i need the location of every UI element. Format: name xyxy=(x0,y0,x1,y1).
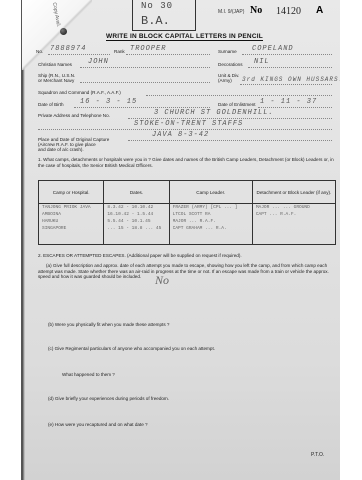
address-line-1: 3 CHURCH ST GOLDENHILL. xyxy=(154,109,274,117)
form-reference: M.I. 9/(JAP) xyxy=(218,9,244,15)
address-label: Private Address and Telephone No. xyxy=(38,113,110,118)
dates-cell: 8.3.42 - 10.10.42 16.10.42 - 1.5.44 5.5.… xyxy=(104,204,169,245)
col-dates: Dates. xyxy=(104,181,169,204)
unit-line xyxy=(240,84,332,85)
camps-table: Camp or Hospital. Dates. Camp Leader. De… xyxy=(38,180,336,245)
question-2c: (c) Give Regimental particulars of anyon… xyxy=(48,346,215,352)
question-2c-followup: What happened to them ? xyxy=(62,372,115,378)
address-line-2: STOKE-ON-TRENT STAFFS xyxy=(134,120,243,128)
capture-label-3: and date of a/c crash). xyxy=(38,147,84,152)
surname-label: Surname xyxy=(218,49,237,54)
dob-value: 16 - 3 - 15 xyxy=(80,98,137,106)
section1-question: 1. What camps, detachments or hospitals … xyxy=(38,157,334,168)
question-2e: (e) How were you recaptured and on what … xyxy=(48,422,148,428)
question-2d: (d) Give briefly your experiences during… xyxy=(48,396,169,402)
squadron-line xyxy=(146,95,332,96)
form-number: 14120 xyxy=(276,6,301,17)
enlistment-label: Date of Enlistment xyxy=(218,102,256,107)
surname-line xyxy=(242,54,332,55)
dob-label: Date of Birth xyxy=(38,102,64,107)
block-leader-cell: MAJOR ... ... GROUND CAPT ... R.A.F. xyxy=(252,204,335,245)
form-letter: A xyxy=(316,5,323,16)
christian-names-line xyxy=(80,67,210,68)
stamp-initials: B.A. xyxy=(141,14,170,28)
address-line-1-rule xyxy=(128,118,332,119)
question-2a: (a) Give full description and approx. da… xyxy=(38,263,332,280)
question-2b: (b) Were you physically fit when you mad… xyxy=(48,322,169,328)
answer-2a: No xyxy=(155,273,169,288)
camp-leader-cell: FRAZER (ARMY) [CPL ... ] LTCOL SCOTT RA … xyxy=(169,204,252,245)
surname-value: COPELAND xyxy=(252,45,294,53)
unit-value: 3rd KINGS OWN HUSSARS. xyxy=(242,76,340,83)
rank-label: Rank xyxy=(114,49,125,54)
form-page: Copy Avail. No 30 B.A. M.I. 9/(JAP) No 1… xyxy=(22,0,340,480)
enlistment-line xyxy=(258,107,332,108)
page-edge-shadow xyxy=(22,0,25,480)
ship-line xyxy=(80,82,210,83)
decorations-label: Decorations xyxy=(218,62,243,67)
unit-label-2: (Army) xyxy=(218,78,232,83)
army-no-line xyxy=(48,54,110,55)
col-camp: Camp or Hospital. xyxy=(39,181,104,204)
dob-line xyxy=(74,107,210,108)
table-row: TANJONG PRIOK JAVA AMBOINA HARUKU SINGAP… xyxy=(39,204,336,245)
squadron-label: Squadron and Command (R.A.F., A.A.F.) xyxy=(38,90,121,95)
address-line-2-rule xyxy=(38,129,332,130)
pto-label: P.T.O. xyxy=(311,452,324,458)
rank-line xyxy=(126,54,210,55)
section2-heading: 2. ESCAPES OR ATTEMPTED ESCAPES. (Additi… xyxy=(38,253,334,259)
christian-names-value: JOHN xyxy=(88,58,109,66)
enlistment-value: 1 - 11 - 37 xyxy=(260,98,317,106)
decorations-line xyxy=(248,67,332,68)
camp-cell: TANJONG PRIOK JAVA AMBOINA HARUKU SINGAP… xyxy=(39,204,104,245)
form-number-label: No xyxy=(250,5,262,16)
col-camp-leader: Camp Leader. xyxy=(169,181,252,204)
decorations-value: NIL xyxy=(254,58,270,66)
capture-value: JAVA 8-3-42 xyxy=(152,131,209,139)
christian-names-label: Christian Names xyxy=(38,62,72,67)
capture-line xyxy=(128,140,332,141)
army-no-label: No. xyxy=(36,49,43,54)
instruction-heading: WRITE IN BLOCK CAPITAL LETTERS IN PENCIL xyxy=(106,33,263,41)
ink-stamp: No 30 B.A. xyxy=(132,0,196,31)
ship-label-2: or Merchant Navy xyxy=(38,78,74,83)
pin-icon xyxy=(60,28,67,35)
army-no-value: 7888974 xyxy=(50,45,86,53)
stamp-number: No 30 xyxy=(141,1,173,11)
rank-value: TROOPER xyxy=(130,45,166,53)
col-block-leader: Detachment or Block Leader (if any). xyxy=(252,181,335,204)
